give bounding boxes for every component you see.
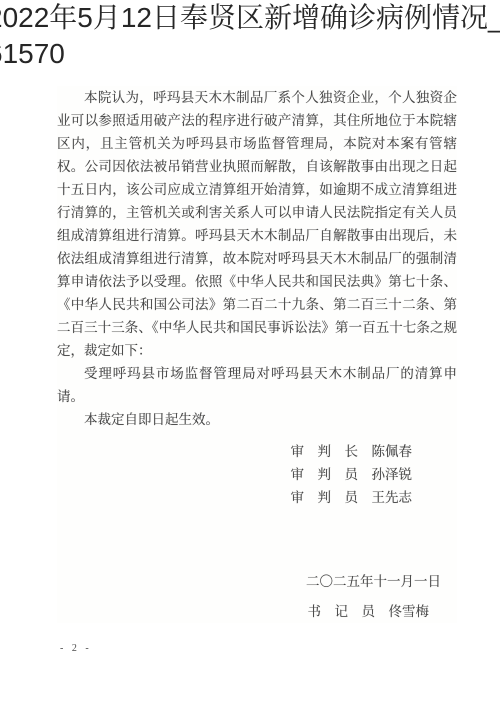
court-ruling-scan: 本院认为，呼玛县天木木制品厂系个人独资企业，个人独资企业可以参照适用破产法的程序… bbox=[57, 86, 457, 623]
signature-row-presiding-judge: 审判长陈佩春 bbox=[57, 440, 412, 463]
effect-paragraph: 本裁定自即日起生效。 bbox=[57, 408, 457, 431]
judge-role: 审判员 bbox=[291, 490, 372, 505]
signature-row-judge-2: 审判员王先志 bbox=[57, 486, 412, 509]
judge-name: 王先志 bbox=[372, 490, 413, 505]
page-title: 2022年5月12日奉贤区新增确诊病例情况_61570 bbox=[0, 0, 500, 72]
judge-name: 孙泽锐 bbox=[372, 467, 413, 482]
judge-role: 审判员 bbox=[291, 467, 372, 482]
page-number: - 2 - bbox=[60, 643, 92, 654]
signature-row-judge-1: 审判员孙泽锐 bbox=[57, 463, 412, 486]
ruling-date: 二〇二五年十一月一日 bbox=[57, 570, 457, 593]
clerk-row: 书记员佟雪梅 bbox=[57, 600, 457, 623]
clerk-name: 佟雪梅 bbox=[389, 604, 430, 619]
clerk-role: 书记员 bbox=[308, 604, 389, 619]
judge-name: 陈佩春 bbox=[372, 444, 413, 459]
opinion-paragraph: 本院认为，呼玛县天木木制品厂系个人独资企业，个人独资企业可以参照适用破产法的程序… bbox=[57, 86, 457, 362]
judge-role: 审判长 bbox=[291, 444, 372, 459]
ruling-paragraph: 受理呼玛县市场监督管理局对呼玛县天木木制品厂的清算申请。 bbox=[57, 362, 457, 408]
page-viewport: 2022年5月12日奉贤区新增确诊病例情况_61570 本院认为，呼玛县天木木制… bbox=[0, 0, 500, 707]
signature-block: 审判长陈佩春 审判员孙泽锐 审判员王先志 bbox=[57, 440, 457, 509]
